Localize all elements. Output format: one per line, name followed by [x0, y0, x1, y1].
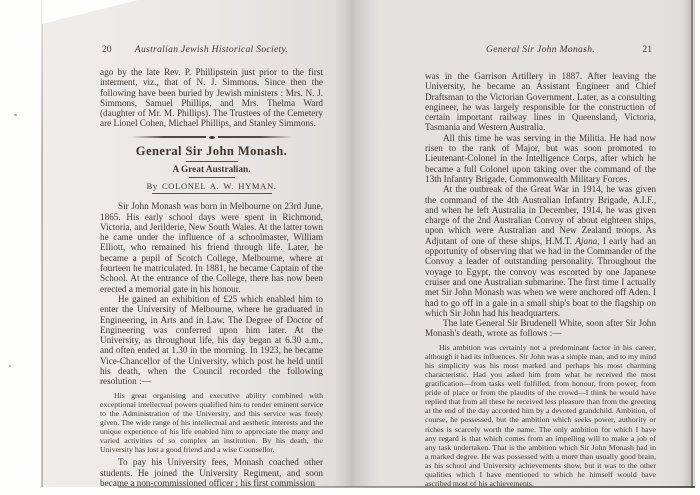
left-page-edge: [41, 0, 43, 487]
article-paragraph-7: The late General Sir Brudenell White, so…: [425, 318, 656, 339]
left-page-number: 20: [102, 44, 112, 55]
left-page-text-column: 20 Australian Jewish Historical Society.…: [100, 44, 323, 488]
paragraph-6-text-after-ship: , I early had an opportunity of observin…: [425, 236, 656, 318]
right-page-edge-shading: [682, 0, 691, 487]
article-paragraph-6: At the outbreak of the Great War in 1914…: [425, 184, 656, 318]
scan-speck: [9, 365, 11, 367]
article-paragraph-4: was in the Garrison Artillery in 1887. A…: [425, 71, 656, 133]
byline-rule: [152, 193, 272, 194]
right-page-text-column: 21 General Sir John Monash. was in the G…: [425, 44, 656, 491]
article-subtitle: A Great Australian.: [100, 165, 323, 175]
left-page: 20 Australian Jewish Historical Society.…: [42, 0, 354, 487]
book-scan: 20 Australian Jewish Historical Society.…: [0, 0, 700, 495]
article-paragraph-2: He gained an exhibition of £25 which ena…: [100, 294, 323, 387]
article-paragraph-5: All this time he was serving in the Mili…: [425, 133, 656, 184]
title-rule: [186, 161, 238, 162]
article-byline: By COLONEL A. W. HYMAN.: [100, 181, 323, 191]
scan-speck: [14, 114, 17, 116]
article-paragraph-3: To pay his University fees, Monash coach…: [100, 457, 323, 488]
brudenell-white-quote: His ambition was certainly not a predomi…: [425, 343, 656, 489]
bottom-page-edge: [118, 486, 695, 488]
top-left-page-corner: [42, 0, 138, 24]
left-page-header: 20 Australian Jewish Historical Society.: [100, 44, 323, 57]
subtitle-rule: [189, 177, 235, 178]
right-page-edge: [691, 0, 693, 488]
right-page: 21 General Sir John Monash. was in the G…: [354, 0, 695, 487]
article-title: General Sir John Monash.: [100, 144, 323, 159]
divider-dot: [209, 136, 215, 139]
section-divider-ornament: [131, 136, 293, 139]
right-running-title: General Sir John Monash.: [425, 44, 656, 55]
council-resolution-quote: His great organising and executive abili…: [100, 391, 323, 455]
right-page-number: 21: [642, 44, 652, 55]
continuation-paragraph: ago by the late Rev. P. Phillipstein jus…: [100, 67, 323, 129]
ship-name: Ajana: [575, 236, 597, 246]
article-paragraph-1: Sir John Monash was born in Melbourne on…: [100, 201, 323, 294]
divider-line-left: [131, 136, 206, 138]
left-running-title: Australian Jewish Historical Society.: [100, 44, 323, 55]
right-page-header: 21 General Sir John Monash.: [425, 44, 656, 57]
divider-line-right: [218, 136, 293, 138]
